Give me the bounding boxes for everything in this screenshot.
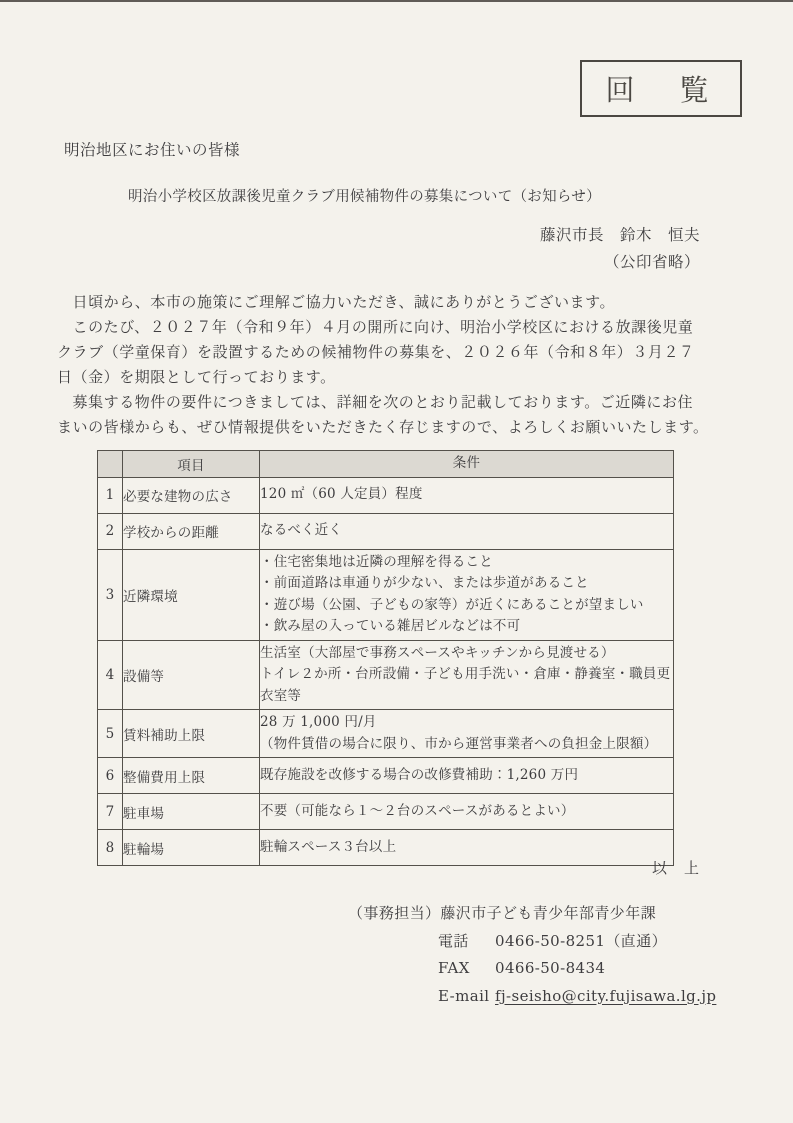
contact-department-line: （事務担当）藤沢市子ども青少年部青少年課 <box>348 900 716 928</box>
header-condition: 条件 <box>260 451 674 478</box>
row-condition: 既存施設を改修する場合の改修費補助：1,260 万円 <box>260 758 674 794</box>
table-row: 8 駐輪場 駐輪スペース３台以上 <box>98 830 674 866</box>
kairan-stamp-box: 回 覧 <box>580 60 742 117</box>
row-condition: 生活室（大部屋で事務スペースやキッチンから見渡せる） トイレ２か所・台所設備・子… <box>260 640 674 710</box>
contact-role-label: （事務担当） <box>348 904 440 922</box>
sender-name: 藤沢市長 鈴木 恒夫 <box>540 222 700 249</box>
body-paragraphs: 日頃から、本市の施策にご理解ご協力いただき、誠にありがとうございます。 このたび… <box>57 290 753 440</box>
paragraph-greeting: 日頃から、本市の施策にご理解ご協力いただき、誠にありがとうございます。 <box>57 290 753 315</box>
paragraph-request: 募集する物件の要件につきましては、詳細を次のとおり記載しております。ご近隣にお住… <box>57 390 753 440</box>
row-number: 7 <box>98 794 123 830</box>
scanned-document-page: 回 覧 明治地区にお住いの皆様 明治小学校区放課後児童クラブ用候補物件の募集につ… <box>0 0 793 1123</box>
row-number: 3 <box>98 549 123 640</box>
table-row: 3 近隣環境 ・住宅密集地は近隣の理解を得ること ・前面道路は車通りが少ない、ま… <box>98 549 674 640</box>
row-condition: 28 万 1,000 円/月 （物件賃借の場合に限り、市から運営事業者への負担金… <box>260 710 674 758</box>
row-number: 8 <box>98 830 123 866</box>
row-number: 1 <box>98 477 123 513</box>
row-item: 賃料補助上限 <box>123 710 260 758</box>
requirements-table: 項目 条件 1 必要な建物の広さ 120 ㎡（60 人定員）程度 2 学校からの… <box>97 450 674 866</box>
row-item: 駐輪場 <box>123 830 260 866</box>
seal-omitted-note: （公印省略） <box>540 249 700 276</box>
row-item: 必要な建物の広さ <box>123 477 260 513</box>
phone-label: 電話 <box>438 928 495 956</box>
row-item: 設備等 <box>123 640 260 710</box>
fax-number: 0466-50-8434 <box>495 959 605 977</box>
phone-number: 0466-50-8251（直通） <box>495 932 667 950</box>
addressee-line: 明治地区にお住いの皆様 <box>64 138 240 160</box>
document-title: 明治小学校区放課後児童クラブ用候補物件の募集について（お知らせ） <box>128 185 601 206</box>
table-header-row: 項目 条件 <box>98 451 674 478</box>
email-label: E-mail <box>438 983 495 1011</box>
row-condition: ・住宅密集地は近隣の理解を得ること ・前面道路は車通りが少ない、または歩道がある… <box>260 549 674 640</box>
email-address: fj-seisho@city.fujisawa.lg.jp <box>495 987 716 1005</box>
contact-department: 藤沢市子ども青少年部青少年課 <box>440 904 656 922</box>
contact-phone-line: 電話0466-50-8251（直通） <box>438 928 716 956</box>
row-item: 整備費用上限 <box>123 758 260 794</box>
table-row: 7 駐車場 不要（可能なら１～２台のスペースがあるとよい） <box>98 794 674 830</box>
header-number <box>98 451 123 478</box>
contact-email-line: E-mailfj-seisho@city.fujisawa.lg.jp <box>438 983 716 1011</box>
row-number: 6 <box>98 758 123 794</box>
contact-block: （事務担当）藤沢市子ども青少年部青少年課 電話0466-50-8251（直通） … <box>348 900 716 1010</box>
row-condition: なるべく近く <box>260 513 674 549</box>
row-number: 2 <box>98 513 123 549</box>
row-number: 5 <box>98 710 123 758</box>
header-item: 項目 <box>123 451 260 478</box>
paragraph-recruitment: このたび、２０２７年（令和９年）４月の開所に向け、明治小学校区における放課後児童… <box>57 315 753 390</box>
table-row: 6 整備費用上限 既存施設を改修する場合の改修費補助：1,260 万円 <box>98 758 674 794</box>
scan-edge-artifact <box>0 0 793 2</box>
sender-block: 藤沢市長 鈴木 恒夫 （公印省略） <box>540 222 700 276</box>
row-item: 駐車場 <box>123 794 260 830</box>
row-condition: 120 ㎡（60 人定員）程度 <box>260 477 674 513</box>
fax-label: FAX <box>438 955 495 983</box>
row-item: 近隣環境 <box>123 549 260 640</box>
row-condition: 不要（可能なら１～２台のスペースがあるとよい） <box>260 794 674 830</box>
row-item: 学校からの距離 <box>123 513 260 549</box>
closing-ijou: 以 上 <box>652 857 700 878</box>
contact-fax-line: FAX0466-50-8434 <box>438 955 716 983</box>
row-number: 4 <box>98 640 123 710</box>
table-row: 1 必要な建物の広さ 120 ㎡（60 人定員）程度 <box>98 477 674 513</box>
table-row: 4 設備等 生活室（大部屋で事務スペースやキッチンから見渡せる） トイレ２か所・… <box>98 640 674 710</box>
table-row: 5 賃料補助上限 28 万 1,000 円/月 （物件賃借の場合に限り、市から運… <box>98 710 674 758</box>
row-condition: 駐輪スペース３台以上 <box>260 830 674 866</box>
table-row: 2 学校からの距離 なるべく近く <box>98 513 674 549</box>
kairan-stamp-label: 回 覧 <box>605 68 716 109</box>
